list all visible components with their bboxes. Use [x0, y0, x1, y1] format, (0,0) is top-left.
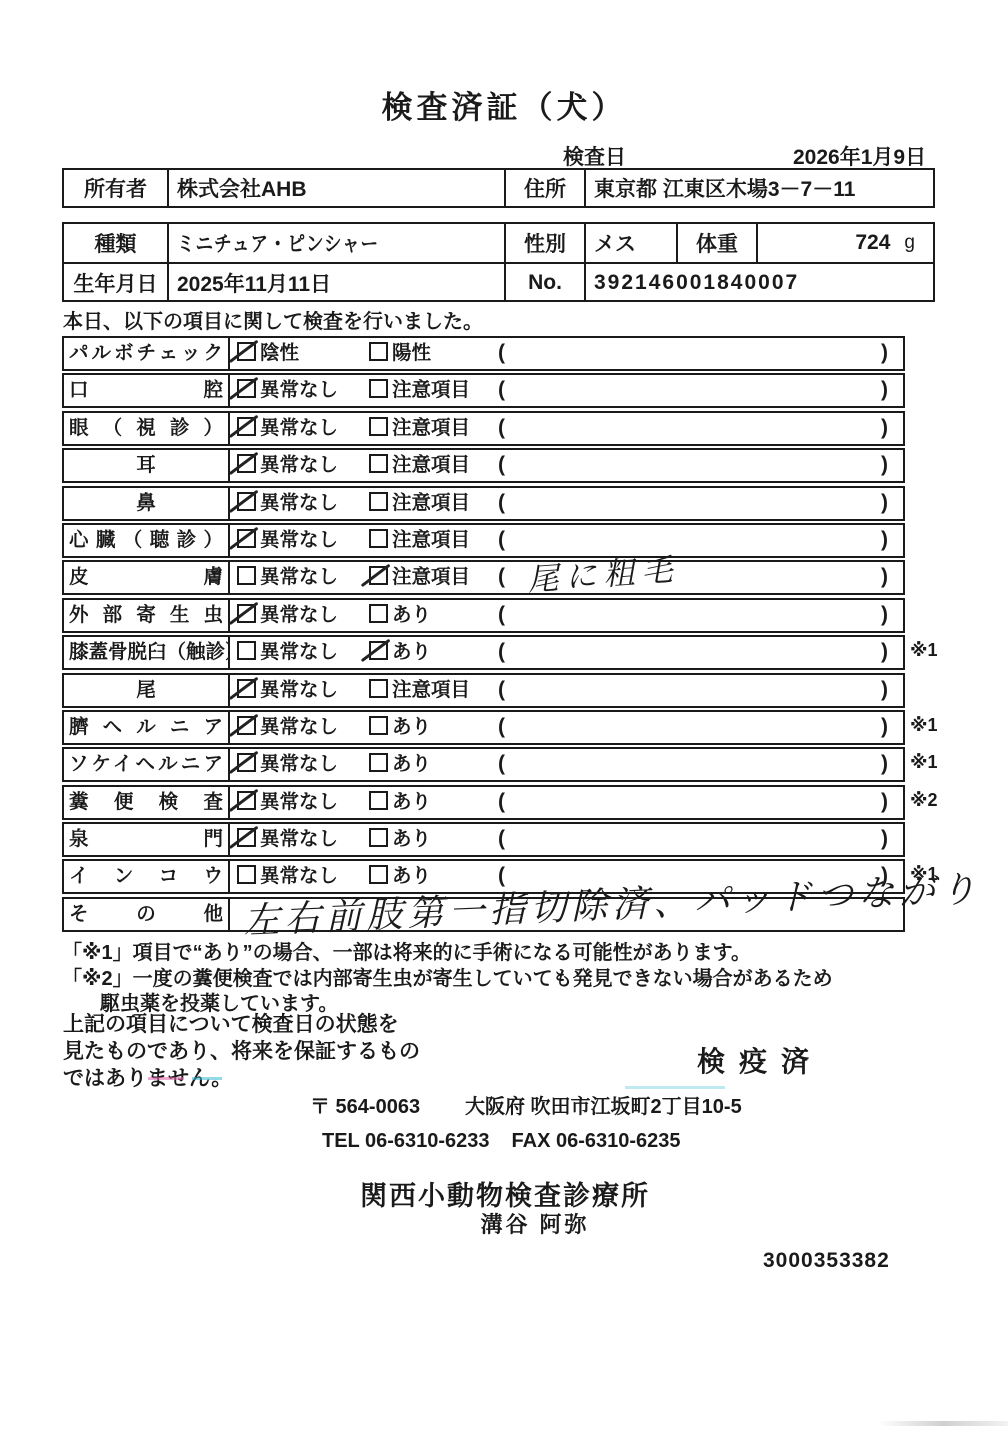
examination-checklist: パルボチェック 陰性 陽性 ( ) 口腔 異常なし 注意項目 ( ) 眼（視診）: [62, 336, 905, 934]
option-1-label: 異常なし: [260, 454, 338, 476]
checklist-row-label: 耳: [64, 450, 230, 481]
paren-open: (: [498, 824, 505, 854]
breed-label: 種類: [64, 224, 169, 262]
disclaimer-line-3: ではありません。: [63, 1065, 420, 1092]
checklist-row: 糞便検査 異常なし あり ( ) ※2: [62, 785, 905, 820]
option-1: 異常なし: [237, 637, 338, 667]
owner-table: 所有者 株式会社AHB 住所 東京都 江東区木場3－7－11: [62, 168, 935, 208]
option-2-label: あり: [392, 791, 431, 813]
option-2-label: 注意項目: [392, 379, 470, 401]
checkbox-option-1: [237, 865, 256, 884]
option-1: 異常なし: [237, 712, 338, 742]
checkbox-option-2: [369, 417, 388, 436]
checklist-row-label: 尾: [64, 675, 230, 706]
inspection-date-value: 2026年1月9日: [793, 141, 926, 171]
paren-close: ): [881, 824, 888, 854]
checklist-row-label: 皮膚: [64, 562, 230, 593]
option-1: 異常なし: [237, 600, 338, 630]
paren-open: (: [498, 488, 505, 518]
checklist-row-content: 左右前肢第一指切除済、パッドつながり: [230, 899, 903, 930]
option-1-label: 陰性: [260, 342, 299, 364]
option-2: 注意項目: [369, 525, 470, 555]
checklist-row: パルボチェック 陰性 陽性 ( ): [62, 336, 905, 371]
option-1: 異常なし: [237, 787, 338, 817]
handwritten-note: 尾に粗毛: [528, 555, 685, 596]
option-2-label: あり: [392, 604, 431, 626]
address-value: 東京都 江東区木場3－7－11: [586, 170, 933, 206]
checklist-row-label: 泉門: [64, 824, 230, 855]
option-2-label: あり: [392, 716, 431, 738]
checklist-row: 眼（視診） 異常なし 注意項目 ( ): [62, 411, 905, 446]
checklist-row-label: ソケイヘルニア: [64, 749, 230, 780]
checklist-row-content: 異常なし あり ( ): [230, 787, 903, 818]
option-2: あり: [369, 861, 431, 891]
checklist-row-label: 心臓（聴診）: [64, 525, 230, 556]
paren-close: ): [881, 525, 888, 555]
checkbox-option-2: [369, 566, 388, 585]
checkbox-option-1: [237, 529, 256, 548]
option-1: 異常なし: [237, 562, 338, 592]
document-title: 検査済証（犬）: [0, 82, 1008, 127]
paren-close: ): [881, 749, 888, 779]
checklist-row-content: 異常なし 注意項目 ( ): [230, 450, 903, 481]
sex-label: 性別: [506, 224, 586, 262]
paren-open: (: [498, 562, 505, 592]
checkbox-option-1: [237, 679, 256, 698]
clinic-tel-fax-line: TEL 06-6310-6233FAX 06-6310-6235: [322, 1130, 681, 1153]
paren-close: ): [881, 450, 888, 480]
option-1-label: 異常なし: [260, 865, 338, 887]
disclaimer-text: 上記の項目について検査日の状態を 見たものであり、将来を保証するもの ではありま…: [63, 1011, 420, 1092]
checkbox-option-2: [369, 865, 388, 884]
checkbox-option-2: [369, 641, 388, 660]
checklist-row: 鼻 異常なし 注意項目 ( ): [62, 486, 905, 521]
paren-close: ): [881, 600, 888, 630]
paren-close: ): [881, 637, 888, 667]
option-2: 注意項目: [369, 413, 470, 443]
checkbox-option-1: [237, 417, 256, 436]
option-1: 異常なし: [237, 749, 338, 779]
checklist-row-content: 異常なし 注意項目 ( 尾に粗毛 ): [230, 562, 903, 593]
checkbox-option-2: [369, 379, 388, 398]
option-2-label: あり: [392, 865, 431, 887]
footnote-ref: ※1: [910, 752, 938, 773]
option-2: 陽性: [369, 338, 431, 368]
option-1: 異常なし: [237, 675, 338, 705]
checkbox-option-2: [369, 492, 388, 511]
checkbox-option-1: [237, 454, 256, 473]
footnote-ref: ※1: [910, 715, 938, 736]
id-number-label: No.: [506, 264, 586, 302]
option-2: あり: [369, 749, 431, 779]
clinic-fax: FAX 06-6310-6235: [512, 1130, 681, 1152]
paren-close: ): [881, 675, 888, 705]
checkbox-option-2: [369, 529, 388, 548]
option-2-label: 注意項目: [392, 492, 470, 514]
option-2: 注意項目: [369, 488, 470, 518]
checklist-row-content: 異常なし あり ( ): [230, 712, 903, 743]
checkbox-option-2: [369, 716, 388, 735]
paren-close: ): [881, 338, 888, 368]
paren-open: (: [498, 787, 505, 817]
checklist-row: ソケイヘルニア 異常なし あり ( ) ※1: [62, 747, 905, 782]
owner-value: 株式会社AHB: [169, 170, 506, 206]
option-1-label: 異常なし: [260, 492, 338, 514]
option-2-label: 陽性: [392, 342, 431, 364]
checkbox-option-1: [237, 716, 256, 735]
option-1-label: 異常なし: [260, 529, 338, 551]
option-1: 異常なし: [237, 413, 338, 443]
checklist-row-content: 異常なし 注意項目 ( ): [230, 375, 903, 406]
checkbox-option-1: [237, 342, 256, 361]
option-2: 注意項目: [369, 675, 470, 705]
option-2-label: 注意項目: [392, 529, 470, 551]
checklist-row: 皮膚 異常なし 注意項目 ( 尾に粗毛 ): [62, 560, 905, 595]
checklist-row-label: 糞便検査: [64, 787, 230, 818]
checklist-row: 心臓（聴診） 異常なし 注意項目 ( ): [62, 523, 905, 558]
paren-close: ): [881, 488, 888, 518]
checklist-row-label: 鼻: [64, 488, 230, 519]
option-2-label: あり: [392, 641, 431, 663]
option-2: あり: [369, 600, 431, 630]
scanned-certificate-page: 検査済証（犬） 検査日 2026年1月9日 所有者 株式会社AHB 住所 東京都…: [0, 0, 1008, 1433]
paren-open: (: [498, 749, 505, 779]
paren-open: (: [498, 413, 505, 443]
checklist-row-label: 外部寄生虫: [64, 600, 230, 631]
checklist-row-content: 異常なし 注意項目 ( ): [230, 413, 903, 444]
option-1: 異常なし: [237, 525, 338, 555]
option-1-label: 異常なし: [260, 791, 338, 813]
option-2: 注意項目: [369, 375, 470, 405]
checklist-row: 膝蓋骨脱臼（触診） 異常なし あり ( ) ※1: [62, 635, 905, 670]
animal-info-table: 種類 ミニチュア・ピンシャー 性別 メス 体重 724 g 生年月日 2025年…: [62, 222, 935, 302]
footnote-1: 「※1」項目で“あり”の場合、一部は将来的に手術になる可能性があります。: [62, 936, 751, 965]
option-1-label: 異常なし: [260, 641, 338, 663]
paren-close: ): [881, 375, 888, 405]
option-2-label: 注意項目: [392, 679, 470, 701]
paren-open: (: [498, 525, 505, 555]
checklist-row: 臍ヘルニア 異常なし あり ( ) ※1: [62, 710, 905, 745]
option-2: あり: [369, 712, 431, 742]
paren-close: ): [881, 562, 888, 592]
paren-open: (: [498, 375, 505, 405]
option-1-label: 異常なし: [260, 604, 338, 626]
option-2: 注意項目: [369, 562, 470, 592]
paren-open: (: [498, 600, 505, 630]
checkbox-option-1: [237, 379, 256, 398]
option-2-label: あり: [392, 828, 431, 850]
owner-label: 所有者: [64, 170, 169, 206]
option-1-label: 異常なし: [260, 417, 338, 439]
option-2: あり: [369, 787, 431, 817]
paren-close: ): [881, 712, 888, 742]
weight-unit: g: [904, 232, 915, 254]
option-1-label: 異常なし: [260, 716, 338, 738]
paren-close: ): [881, 413, 888, 443]
checklist-row: 泉門 異常なし あり ( ): [62, 822, 905, 857]
checkbox-option-2: [369, 342, 388, 361]
checklist-row-content: 陰性 陽性 ( ): [230, 338, 903, 369]
scan-artifact: [148, 1077, 184, 1080]
option-2-label: 注意項目: [392, 566, 470, 588]
checkbox-option-2: [369, 604, 388, 623]
option-2-label: 注意項目: [392, 417, 470, 439]
disclaimer-line-1: 上記の項目について検査日の状態を: [63, 1011, 420, 1038]
clinic-street-address: 大阪府 吹田市江坂町2丁目10-5: [465, 1090, 742, 1119]
weight-label: 体重: [678, 224, 758, 262]
checkbox-option-1: [237, 492, 256, 511]
option-2: 注意項目: [369, 450, 470, 480]
weight-value: 724: [855, 231, 890, 255]
checklist-row: 尾 異常なし 注意項目 ( ): [62, 673, 905, 708]
id-number-value: 392146001840007: [586, 264, 933, 302]
checklist-row-label: 臍ヘルニア: [64, 712, 230, 743]
checklist-row-label: 口腔: [64, 375, 230, 406]
checklist-row: その他 左右前肢第一指切除済、パッドつながり: [62, 897, 905, 932]
paren-close: ): [881, 787, 888, 817]
checkbox-option-2: [369, 753, 388, 772]
clinic-postal-code: 〒 564-0063: [310, 1090, 420, 1119]
option-1-label: 異常なし: [260, 753, 338, 775]
quarantine-passed-stamp: 検疫済: [697, 1040, 823, 1080]
option-1-label: 異常なし: [260, 828, 338, 850]
option-1-label: 異常なし: [260, 566, 338, 588]
option-1: 異常なし: [237, 375, 338, 405]
checklist-row-content: 異常なし 注意項目 ( ): [230, 488, 903, 519]
info-row-birth: 生年月日 2025年11月11日 No. 392146001840007: [64, 262, 933, 302]
option-2: あり: [369, 824, 431, 854]
checklist-row-content: 異常なし 注意項目 ( ): [230, 525, 903, 556]
checkbox-option-2: [369, 679, 388, 698]
option-1: 異常なし: [237, 450, 338, 480]
breed-value: ミニチュア・ピンシャー: [169, 224, 506, 262]
birthdate-value: 2025年11月11日: [169, 264, 506, 302]
address-label: 住所: [506, 170, 586, 206]
option-1: 陰性: [237, 338, 299, 368]
checkbox-option-2: [369, 791, 388, 810]
inspection-date-label: 検査日: [563, 141, 626, 171]
info-row-breed: 種類 ミニチュア・ピンシャー 性別 メス 体重 724 g: [64, 224, 933, 262]
checklist-row-label: インコウ: [64, 861, 230, 892]
paren-open: (: [498, 712, 505, 742]
birthdate-label: 生年月日: [64, 264, 169, 302]
clinic-tel: TEL 06-6310-6233: [322, 1130, 490, 1152]
checkbox-option-1: [237, 604, 256, 623]
weight-value-cell: 724 g: [758, 224, 933, 262]
option-1: 異常なし: [237, 824, 338, 854]
checkbox-option-1: [237, 641, 256, 660]
checklist-row-label: パルボチェック: [64, 338, 230, 369]
option-1-label: 異常なし: [260, 379, 338, 401]
footnote-ref: ※2: [910, 790, 938, 811]
checklist-row-content: 異常なし あり ( ): [230, 637, 903, 668]
checklist-row-content: 異常なし あり ( ): [230, 824, 903, 855]
checkbox-option-1: [237, 566, 256, 585]
option-1: 異常なし: [237, 861, 338, 891]
paren-open: (: [498, 861, 505, 891]
sex-value: メス: [586, 224, 678, 262]
checkbox-option-1: [237, 828, 256, 847]
footnote-ref: ※1: [910, 640, 938, 661]
checklist-row: 耳 異常なし 注意項目 ( ): [62, 448, 905, 483]
option-2-label: 注意項目: [392, 454, 470, 476]
paren-open: (: [498, 675, 505, 705]
paren-open: (: [498, 338, 505, 368]
checklist-row-label: 膝蓋骨脱臼（触診）: [64, 637, 230, 668]
checkbox-option-1: [237, 753, 256, 772]
option-2: あり: [369, 637, 431, 667]
scan-artifact: [192, 1077, 222, 1080]
option-1-label: 異常なし: [260, 679, 338, 701]
scan-edge-artifact: [878, 1421, 1008, 1426]
option-1: 異常なし: [237, 488, 338, 518]
checkbox-option-2: [369, 828, 388, 847]
checklist-row-content: 異常なし あり ( ): [230, 600, 903, 631]
option-2-label: あり: [392, 753, 431, 775]
checklist-row: 口腔 異常なし 注意項目 ( ): [62, 373, 905, 408]
checklist-row-label: 眼（視診）: [64, 413, 230, 444]
checklist-row: 外部寄生虫 異常なし あり ( ): [62, 598, 905, 633]
checkbox-option-1: [237, 791, 256, 810]
checklist-row-content: 異常なし あり ( ): [230, 749, 903, 780]
veterinarian-name: 溝谷 阿弥: [230, 1208, 840, 1239]
checkbox-option-2: [369, 454, 388, 473]
intro-sentence: 本日、以下の項目に関して検査を行いました。: [63, 305, 483, 334]
checklist-row-content: 異常なし 注意項目 ( ): [230, 675, 903, 706]
paren-open: (: [498, 637, 505, 667]
paren-open: (: [498, 450, 505, 480]
scan-artifact: [625, 1086, 725, 1089]
checklist-row-label: その他: [64, 899, 230, 930]
document-serial-number: 3000353382: [763, 1249, 890, 1273]
disclaimer-line-2: 見たものであり、将来を保証するもの: [63, 1038, 420, 1065]
